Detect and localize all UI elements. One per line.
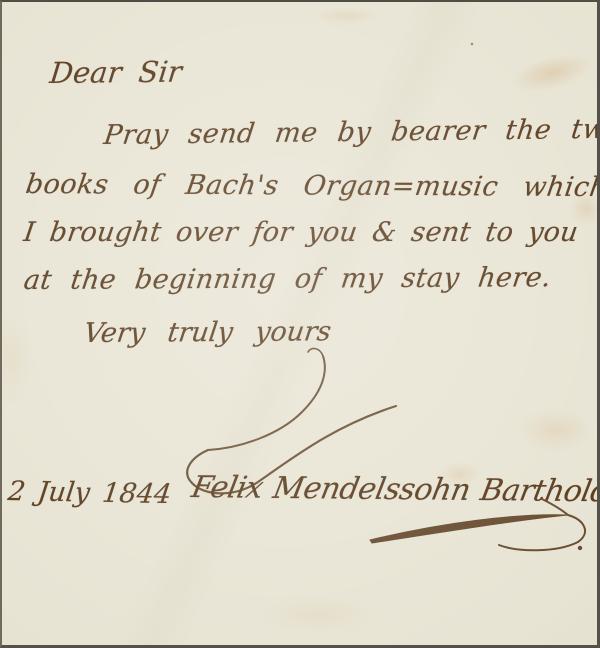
- body-line-4: at the beginning of my stay here.: [22, 262, 553, 296]
- ink-speck: [471, 43, 474, 46]
- body-line-3: I brought over for you & sent to you: [22, 217, 580, 248]
- paper-stain: [298, 4, 394, 28]
- paper-stain: [234, 588, 404, 642]
- letter-paper: Dear Sir Pray send me by bearer the two …: [2, 2, 597, 645]
- salutation-line: Dear Sir: [48, 55, 184, 90]
- body-line-1: Pray send me by bearer the two: [102, 114, 597, 151]
- signature-line: Felix Mendelssohn Bartholdy: [189, 470, 597, 509]
- letter-frame: Dear Sir Pray send me by bearer the two …: [0, 0, 600, 648]
- paper-stain: [502, 398, 597, 462]
- paper-stain: [2, 294, 42, 424]
- closing-line: Very truly yours: [82, 316, 333, 349]
- date-line: 2 July 1844: [6, 476, 173, 510]
- body-line-2: books of Bach's Organ=music which: [24, 169, 597, 203]
- paper-stain: [490, 37, 597, 110]
